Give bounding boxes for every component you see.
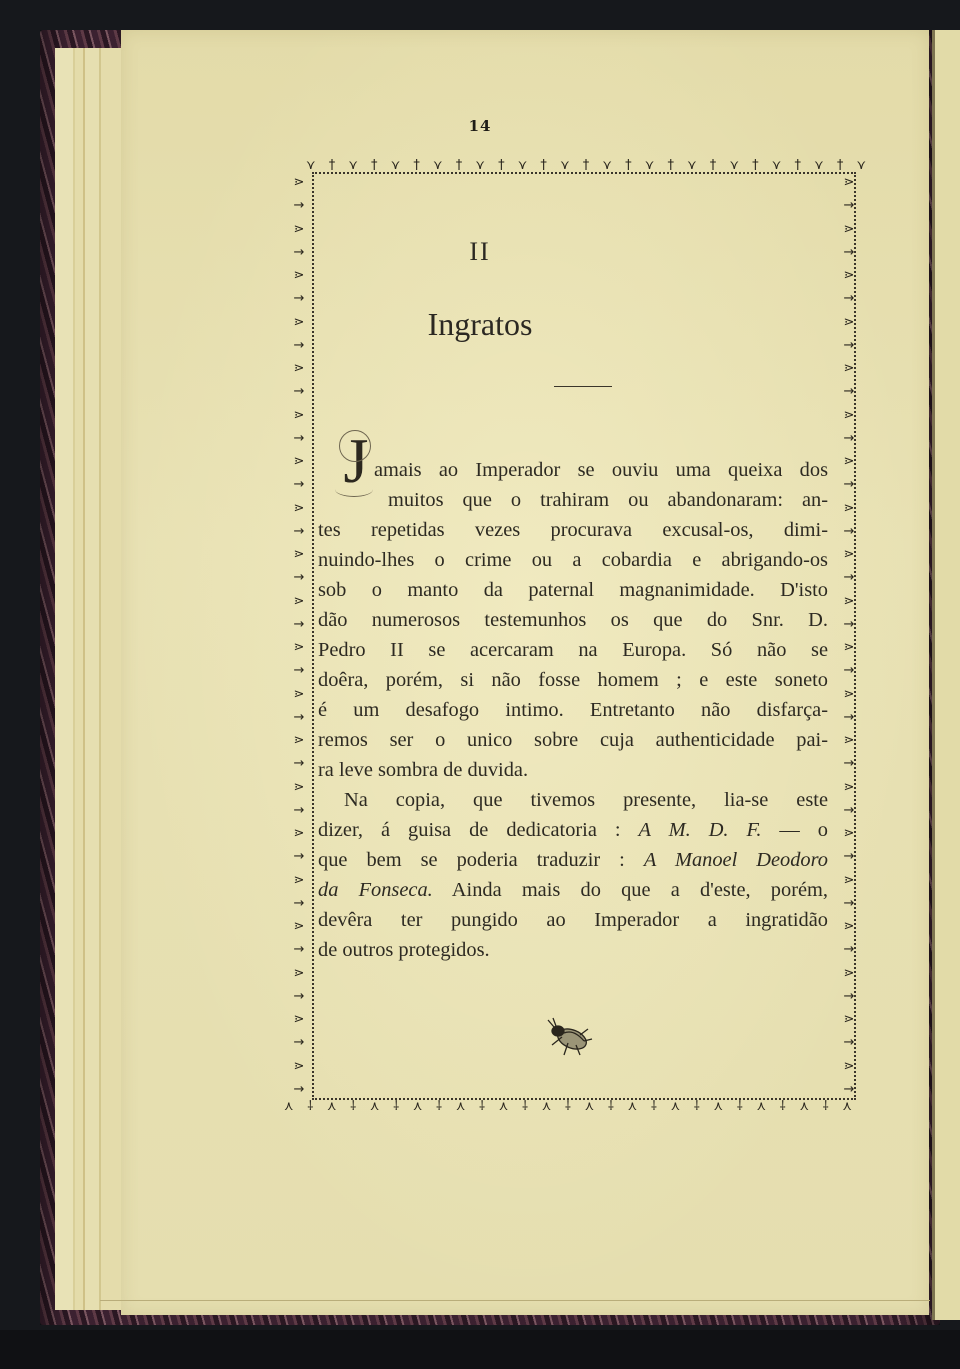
text-line: amais ao Imperador se ouviu uma queixa d…: [318, 455, 828, 485]
background-shelf: [0, 1330, 960, 1369]
text-line: dizer, á guisa de dedicatoria : A M. D. …: [318, 815, 828, 845]
title-divider: [554, 386, 612, 387]
ornament-border-bottom-icon: ⋏⸸⋏⸸⋏⸸⋏⸸⋏⸸⋏⸸⋏⸸⋏⸸⋏⸸⋏⸸⋏⸸⋏⸸⋏⸸⋏: [284, 1098, 852, 1114]
text-line: da Fonseca. Ainda mais do que a d'este, …: [318, 875, 828, 905]
ornament-border-top-icon: ⋎†⋎†⋎†⋎†⋎†⋎†⋎†⋎†⋎†⋎†⋎†⋎†⋎†⋎: [306, 157, 866, 173]
text-line: Na copia, que tivemos presente, lia-se e…: [318, 785, 828, 815]
text-line: de outros protegidos.: [318, 935, 828, 965]
text-line: que bem se poderia traduzir : A Manoel D…: [318, 845, 828, 875]
page-bottom-edge: [100, 1300, 930, 1301]
text-line: dão numerosos testemunhos os que do Snr.…: [318, 605, 828, 635]
chapter-title: Ingratos: [0, 306, 960, 343]
text-line: ra leve sombra de duvida.: [318, 755, 828, 785]
chapter-number: II: [0, 237, 960, 267]
text-line: remos ser o unico sobre cuja authenticid…: [318, 725, 828, 755]
text-line: sob o manto da paternal magnanimidade. D…: [318, 575, 828, 605]
text-line: doêra, porém, si não fosse homem ; e est…: [318, 665, 828, 695]
text-line: é um desafogo intimo. Entretanto não dis…: [318, 695, 828, 725]
facing-page-edge: [932, 30, 960, 1320]
body-text: amais ao Imperador se ouviu uma queixa d…: [318, 455, 828, 965]
text-line: Pedro II se acercaram na Europa. Só não …: [318, 635, 828, 665]
text-line: muitos que o trahiram ou abandonaram: an…: [318, 485, 828, 515]
text-line: devêra ter pungido ao Imperador a ingrat…: [318, 905, 828, 935]
page-number: 14: [0, 117, 960, 135]
beetle-vignette-icon: [540, 1015, 600, 1059]
text-line: nuindo-lhes o crime ou a cobardia e abri…: [318, 545, 828, 575]
text-line: tes repetidas vezes procurava excusal-os…: [318, 515, 828, 545]
